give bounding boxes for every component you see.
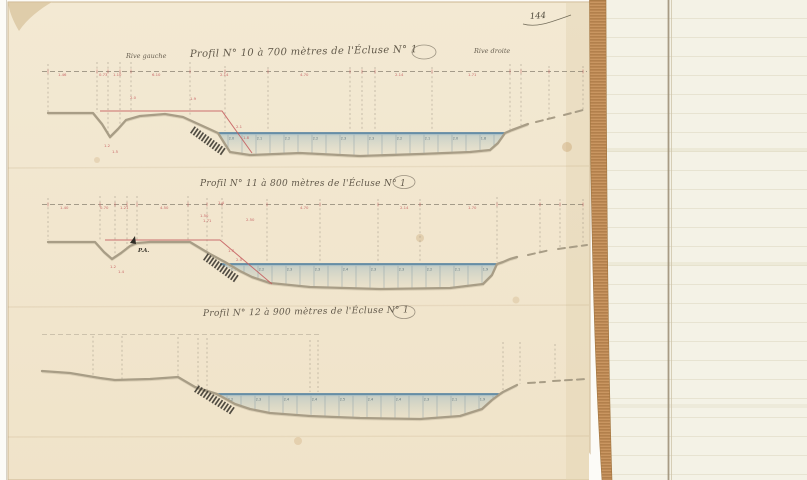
point-annotation: P.A. xyxy=(137,248,149,254)
ruled-page-smudge xyxy=(604,148,807,152)
red-measurement: 1.4 xyxy=(218,200,225,205)
sounding-depth: 2.3 xyxy=(287,268,292,272)
paper-stain xyxy=(94,157,100,163)
sounding-depth: 2.4 xyxy=(284,398,289,402)
sounding-depth: 2.2 xyxy=(259,268,264,272)
sounding-depth: 2.2 xyxy=(427,268,432,272)
sounding-depth: 2.1 xyxy=(425,137,430,141)
red-measurement: 2.1 xyxy=(236,124,243,129)
sounding-depth: 2.3 xyxy=(424,398,429,402)
red-measurement: 4.70 xyxy=(300,72,309,77)
profile-2-title: Profil N° 11 à 800 mètres de l'Écluse N°… xyxy=(199,177,406,189)
ruled-notebook-page xyxy=(604,0,807,480)
red-measurement: 0.70 xyxy=(100,205,109,210)
sounding-depth: 2.3 xyxy=(371,268,376,272)
red-measurement: 1.71 xyxy=(203,218,212,223)
paper-stain xyxy=(513,297,520,304)
left-bank-label: Rive gauche xyxy=(125,52,167,60)
sounding-depth: 2.2 xyxy=(397,137,402,141)
red-measurement: 1.46 xyxy=(58,72,67,77)
sounding-depth: 2.5 xyxy=(340,398,345,402)
red-measurement: 1.70 xyxy=(468,205,477,210)
red-measurement: 1.40 xyxy=(60,205,69,210)
sounding-depth: 2.4 xyxy=(343,268,348,272)
red-measurement: 1.71 xyxy=(468,72,477,77)
sounding-depth: 2.3 xyxy=(369,137,374,141)
page-number: 144 xyxy=(530,11,547,22)
sounding-depth: 2.3 xyxy=(399,268,404,272)
sounding-depth: 2.2 xyxy=(285,137,290,141)
red-measurement: 2.14 xyxy=(220,72,229,77)
sounding-depth: 1.9 xyxy=(480,398,485,402)
red-measurement: 1.5 xyxy=(112,149,119,154)
red-measurement: 1.9 xyxy=(190,96,197,101)
sounding-depth: 2.4 xyxy=(312,398,317,402)
sounding-depth: 1.9 xyxy=(483,268,488,272)
fold-line xyxy=(8,436,589,437)
red-measurement: 2.14 xyxy=(400,205,409,210)
sounding-depth: 2.3 xyxy=(315,268,320,272)
sounding-depth: 2.3 xyxy=(341,137,346,141)
paper-stain xyxy=(562,142,572,152)
paper-stain xyxy=(294,437,302,445)
red-measurement: 1.2 xyxy=(110,264,117,269)
sounding-depth: 2.4 xyxy=(396,398,401,402)
red-measurement: 6.10 xyxy=(152,72,161,77)
ruled-page-smudge xyxy=(604,262,807,266)
red-measurement: 2.50 xyxy=(246,217,255,222)
red-measurement: 1.2 xyxy=(104,143,111,148)
edge-shading xyxy=(566,2,589,480)
red-measurement: 1.10 xyxy=(113,72,122,77)
red-measurement: 2.14 xyxy=(395,72,404,77)
sounding-depth: 2.4 xyxy=(368,398,373,402)
red-measurement: 2.0 xyxy=(236,257,243,262)
red-measurement: 0.73 xyxy=(99,72,108,77)
sounding-depth: 1.8 xyxy=(481,137,486,141)
sounding-depth: 2.2 xyxy=(313,137,318,141)
right-bank-label: Rive droite xyxy=(473,47,510,55)
sounding-depth: 2.1 xyxy=(257,137,262,141)
scanned-profile-sheet: 2.02.12.22.22.32.32.22.12.01.81.460.731.… xyxy=(0,0,807,480)
sounding-depth: 2.0 xyxy=(453,137,458,141)
sounding-depth: 2.1 xyxy=(455,268,460,272)
red-measurement: 4.70 xyxy=(300,205,309,210)
red-measurement: 1.4 xyxy=(118,269,125,274)
red-measurement: 1.8 xyxy=(243,135,250,140)
red-measurement: 1.21 xyxy=(120,205,129,210)
red-measurement: 4.50 xyxy=(160,205,169,210)
sounding-depth: 2.3 xyxy=(256,398,261,402)
red-measurement: 2.0 xyxy=(130,95,137,100)
sounding-depth: 2.1 xyxy=(452,398,457,402)
ruled-page-smudge xyxy=(604,404,807,408)
sounding-depth: 2.0 xyxy=(229,137,234,141)
red-measurement: 1.7 xyxy=(228,248,235,253)
